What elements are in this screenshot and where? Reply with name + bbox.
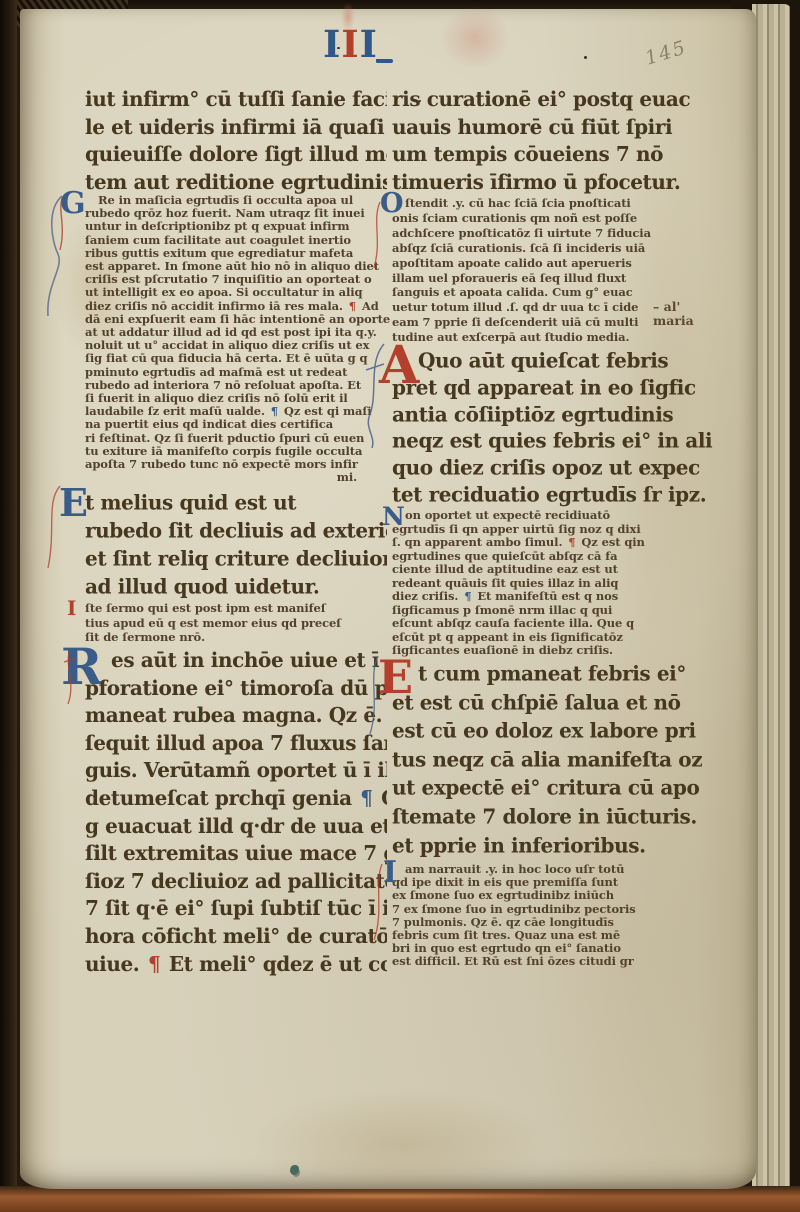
text-line: tet reciduatio egrtudīs ſr ipz. bbox=[392, 480, 722, 508]
text-line: uiue. ¶ Et meli° qdez ē ut cone bbox=[85, 950, 387, 979]
text-line: quieuiſſe dolore ſigt illud mo bbox=[85, 141, 387, 170]
text-line: ſit de ſermone nrō. bbox=[85, 630, 391, 645]
book-spine bbox=[0, 0, 17, 1212]
text-line: onis ſciam curationis qm noñ est poſſe bbox=[392, 211, 722, 226]
text-line: adchſcere pnoſticatōz ſi uirtute 7 fiduc… bbox=[392, 226, 722, 241]
text-line: ſig fiat cū qua fiducia hā certa. Et ē u… bbox=[85, 352, 391, 365]
paraph-mark: ¶ bbox=[146, 951, 162, 976]
text-line: maneat rubea magna. Qz ē. qz bbox=[85, 702, 387, 731]
text-line: diez criſis. ¶ Et manifeſtū est q nos bbox=[392, 590, 722, 604]
drop-cap-g: G bbox=[60, 190, 86, 217]
text-line: rubedo qrōz hoz fuerit. Nam utraqz ſit i… bbox=[85, 207, 391, 220]
text-line: antia cōſiiptiōz egrtudinis bbox=[392, 400, 722, 428]
left-lectio-2: E t melius quid est utrubedo ſit decliui… bbox=[85, 488, 387, 600]
text-line: apoſta 7 rubedo tunc nō expectē mors inf… bbox=[85, 458, 391, 471]
text-line: eſcūt pt q appeant in eis ſignificatōz bbox=[392, 631, 722, 645]
text-line: ſtendit .y. cū hac ſciā ſcia pnoſticati bbox=[392, 196, 722, 211]
text-line: criſis est pſcrutatio 7 inquiſitio an op… bbox=[85, 273, 391, 286]
text-line: redeant quāuis ſit quies illaz in aliq bbox=[392, 577, 722, 591]
paraph-mark: ¶ bbox=[269, 405, 280, 418]
text-line: ſequit illud apoa 7 fluxus ſan bbox=[85, 729, 387, 758]
text-line: est difficil. Et Rū est ſni ōzes citudi … bbox=[392, 955, 722, 968]
ink-speck bbox=[584, 56, 587, 59]
text-line: 7 ex ſmone ſuo in egrtudinibz pectoris bbox=[392, 903, 722, 916]
text-line: est apparet. In ſmone aūt hio nō in aliq… bbox=[85, 260, 391, 273]
text-line: at ut addatur illud ad id qd est post ip… bbox=[85, 326, 391, 339]
text-line: 7 pulmonis. Qz ē. qz cāe longitudīs bbox=[392, 916, 722, 929]
text-line: ſilt extremitas uiue mace 7 groſ bbox=[85, 840, 387, 869]
right-lectio-1: ris curationē ei° postq euacuauis humorē… bbox=[392, 86, 722, 196]
manuscript-photo: III 145 iut infirm° cū tuſſi ſanie facil… bbox=[0, 0, 800, 1212]
margin-note-line2: maria bbox=[653, 314, 694, 328]
text-line: timueris īfirmo ū pfocetur. bbox=[392, 168, 722, 197]
right-gloss-2: N on oportet ut expectē recidiuatōegrtud… bbox=[392, 509, 722, 658]
text-line: ciente illud de aptitudine eaz est ut bbox=[392, 563, 722, 577]
text-line: ſigficantes euaſionē in diebz criſis. bbox=[392, 644, 722, 658]
margin-note: – al' maria bbox=[653, 300, 694, 328]
text-line: t melius quid est ut bbox=[85, 487, 387, 516]
right-lectio-2: A Quo aūt quieſcat febrispret qd apparea… bbox=[392, 347, 722, 508]
text-line: pminuto egrtudīs ad maſmā est ut redeat bbox=[85, 366, 391, 379]
text-line: am narrauit .y. in hoc loco uſr totū bbox=[392, 863, 722, 876]
text-line: ſigficamus p ſmonē nrm illac q qui bbox=[392, 604, 722, 618]
text-line: untur in deſcriptionibz pt q expuat infi… bbox=[85, 220, 391, 233]
text-line: le et uideris infirmi iā quaſi bbox=[85, 113, 387, 142]
text-line: ſ. qn apparent ambo ſimul. ¶ Qz est qin bbox=[392, 536, 722, 550]
text-line: rubedo ſit decliuis ad exteriora bbox=[85, 515, 387, 544]
left-gloss-2: I ſte ſermo qui est post ipm est manifeſ… bbox=[85, 601, 391, 645]
drop-cap-e: E bbox=[59, 486, 88, 520]
fore-edge-pages bbox=[752, 4, 792, 1200]
text-line: pforatione ei° timoroſa dū per bbox=[85, 674, 387, 703]
text-line: dā eni expſuerit eam ſi hāc intentionē a… bbox=[85, 313, 391, 326]
left-lectio-1: iut infirm° cū tuſſi ſanie facile et uid… bbox=[85, 86, 387, 196]
text-line: ſioz 7 decliuioz ad pallicitatem bbox=[85, 867, 387, 896]
text-line: eſcunt abſqz cauſa faciente illa. Que q bbox=[392, 617, 722, 631]
text-line: neqz est quies febris ei° in ali bbox=[392, 427, 722, 455]
text-line: Quo aūt quieſcat febris bbox=[392, 346, 722, 374]
text-line: pret qd appareat in eo ſigfic bbox=[392, 373, 722, 401]
cover-edge-right bbox=[790, 0, 800, 1212]
text-line: Re in maſicia egrtudīs ſi occulta apoa u… bbox=[85, 194, 391, 207]
text-line: t cum pmaneat febris ei° bbox=[392, 658, 722, 688]
text-line: hora cōficht meli° de curatōne bbox=[85, 922, 387, 951]
text-line: et est cū chſpiē ſalua et nō bbox=[392, 687, 722, 717]
left-lectio-3: R es aūt in inchōe uiue et īpforatione e… bbox=[85, 647, 387, 978]
drop-cap-o: O bbox=[380, 192, 404, 216]
text-line: ris curationē ei° postq euac bbox=[392, 85, 722, 114]
text-line: illam uel pforaueris eā ſeq illud fluxt bbox=[392, 271, 722, 286]
text-line: es aūt in inchōe uiue et ī bbox=[85, 646, 387, 675]
text-line: diez criſis nō accidit infirmo iā res ma… bbox=[85, 300, 391, 313]
right-gloss-3: I am narrauit .y. in hoc loco uſr totūqd… bbox=[392, 863, 722, 969]
text-line: detumeſcat prchqī genia ¶ Cū bbox=[85, 784, 387, 813]
text-line: ut expectē ei° critura cū apo bbox=[392, 773, 722, 803]
text-line: quo diez criſis opoz ut expec bbox=[392, 454, 722, 482]
text-line: qd ipe dixit in eis que premiſſa ſunt bbox=[392, 876, 722, 889]
paraph-mark: ¶ bbox=[358, 785, 374, 810]
text-line: ſte ſermo qui est post ipm est manifeſ bbox=[85, 601, 391, 616]
text-line: na puertit eius qd indicat dies certific… bbox=[85, 418, 391, 431]
text-line: on oportet ut expectē recidiuatō bbox=[392, 509, 722, 523]
paraph-mark: ¶ bbox=[566, 536, 577, 549]
text-line: laudabile ſz erit maſū ualde. ¶ Qz est q… bbox=[85, 405, 391, 418]
text-line: et pprie in inferioribus. bbox=[392, 830, 722, 860]
text-line: ribus guttis exitum que egrediatur mafet… bbox=[85, 247, 391, 260]
text-line: et ſint reliq criture decliuiores bbox=[85, 543, 387, 572]
drop-cap-i: I bbox=[67, 599, 76, 617]
text-line: ut intelligit ex eo apoa. Si occultatur … bbox=[85, 286, 391, 299]
left-gloss-1: G Re in maſicia egrtudīs ſi occulta apoa… bbox=[85, 194, 391, 484]
text-line: ri feſtinat. Qz ſi fuerit pductio ſpuri … bbox=[85, 432, 391, 445]
text-line: tu exiture iā manifeſto corpis fugile oc… bbox=[85, 445, 391, 458]
text-line: abſqz ſciā curationis. ſcā ſi incideris … bbox=[392, 241, 722, 256]
numeral-i3: I bbox=[360, 22, 378, 66]
drop-cap-i: I bbox=[383, 859, 397, 886]
text-line: ſtemate 7 dolore in iūcturis. bbox=[392, 801, 722, 831]
right-lectio-3: E t cum pmaneat febris ei°et est cū chſp… bbox=[392, 659, 722, 859]
text-line: ex ſmone ſuo ex egrtudinibz iniūch bbox=[392, 889, 722, 902]
text-line: ſaniem cum facilitate aut coagulet inert… bbox=[85, 234, 391, 247]
text-line: egrtudīs ſi qn apper uirtū ſig noz q dix… bbox=[392, 523, 722, 537]
numeral-i2: I bbox=[341, 22, 359, 66]
text-line: febris cum ſit tres. Quaz una est mē bbox=[392, 929, 722, 942]
text-line: iut infirm° cū tuſſi ſanie faci bbox=[85, 85, 387, 114]
text-line: mi. bbox=[85, 471, 391, 484]
text-line: ad illud quod uidetur. bbox=[85, 571, 387, 600]
text-line: uauis humorē cū fiūt ſpiri bbox=[392, 113, 722, 142]
text-line: tem aut reditione egrtudinis. bbox=[85, 168, 387, 197]
text-line: g euacuat illd q·dr de uua et bbox=[85, 812, 387, 841]
drop-cap-n: N bbox=[382, 506, 405, 529]
numeral-i1: I bbox=[323, 22, 341, 66]
paraph-mark: ¶ bbox=[347, 300, 358, 313]
text-line: ſi fuerit in aliquo diez criſis nō ſolū … bbox=[85, 392, 391, 405]
text-line: 7 ſit q·ē ei° ſupi ſubtiſ tūc ī illa bbox=[85, 895, 387, 924]
text-line: apoſtitam apoate calido aut aperueris bbox=[392, 256, 722, 271]
margin-note-line1: – al' bbox=[653, 300, 694, 314]
text-line: um tempis cōueiens 7 nō bbox=[392, 141, 722, 170]
page-heading-numeral: III bbox=[323, 24, 378, 64]
text-line: egrtudines que quieſcūt abſqz cā fa bbox=[392, 550, 722, 564]
text-line: noluit ut u° accidat in aliquo diez criſ… bbox=[85, 339, 391, 352]
text-line: est cū eo doloz ex labore pri bbox=[392, 716, 722, 746]
text-line: tius apud eū q est memor eius qd preceſ bbox=[85, 616, 391, 631]
paraph-mark: ¶ bbox=[462, 590, 473, 603]
text-line: guis. Verūtamñ oportet ū ī illa bbox=[85, 757, 387, 786]
text-line: bri in quo est egrtudo qn ei° ſanatio bbox=[392, 942, 722, 955]
text-line: rubedo ad interiora 7 nō reſoluat apoſta… bbox=[85, 379, 391, 392]
text-line: tus neqz cā alia manifeſta oz bbox=[392, 744, 722, 774]
leather-highlight bbox=[170, 1192, 600, 1200]
text-line: tudine aut exſcerpā aut ſtudio media. bbox=[392, 330, 722, 345]
